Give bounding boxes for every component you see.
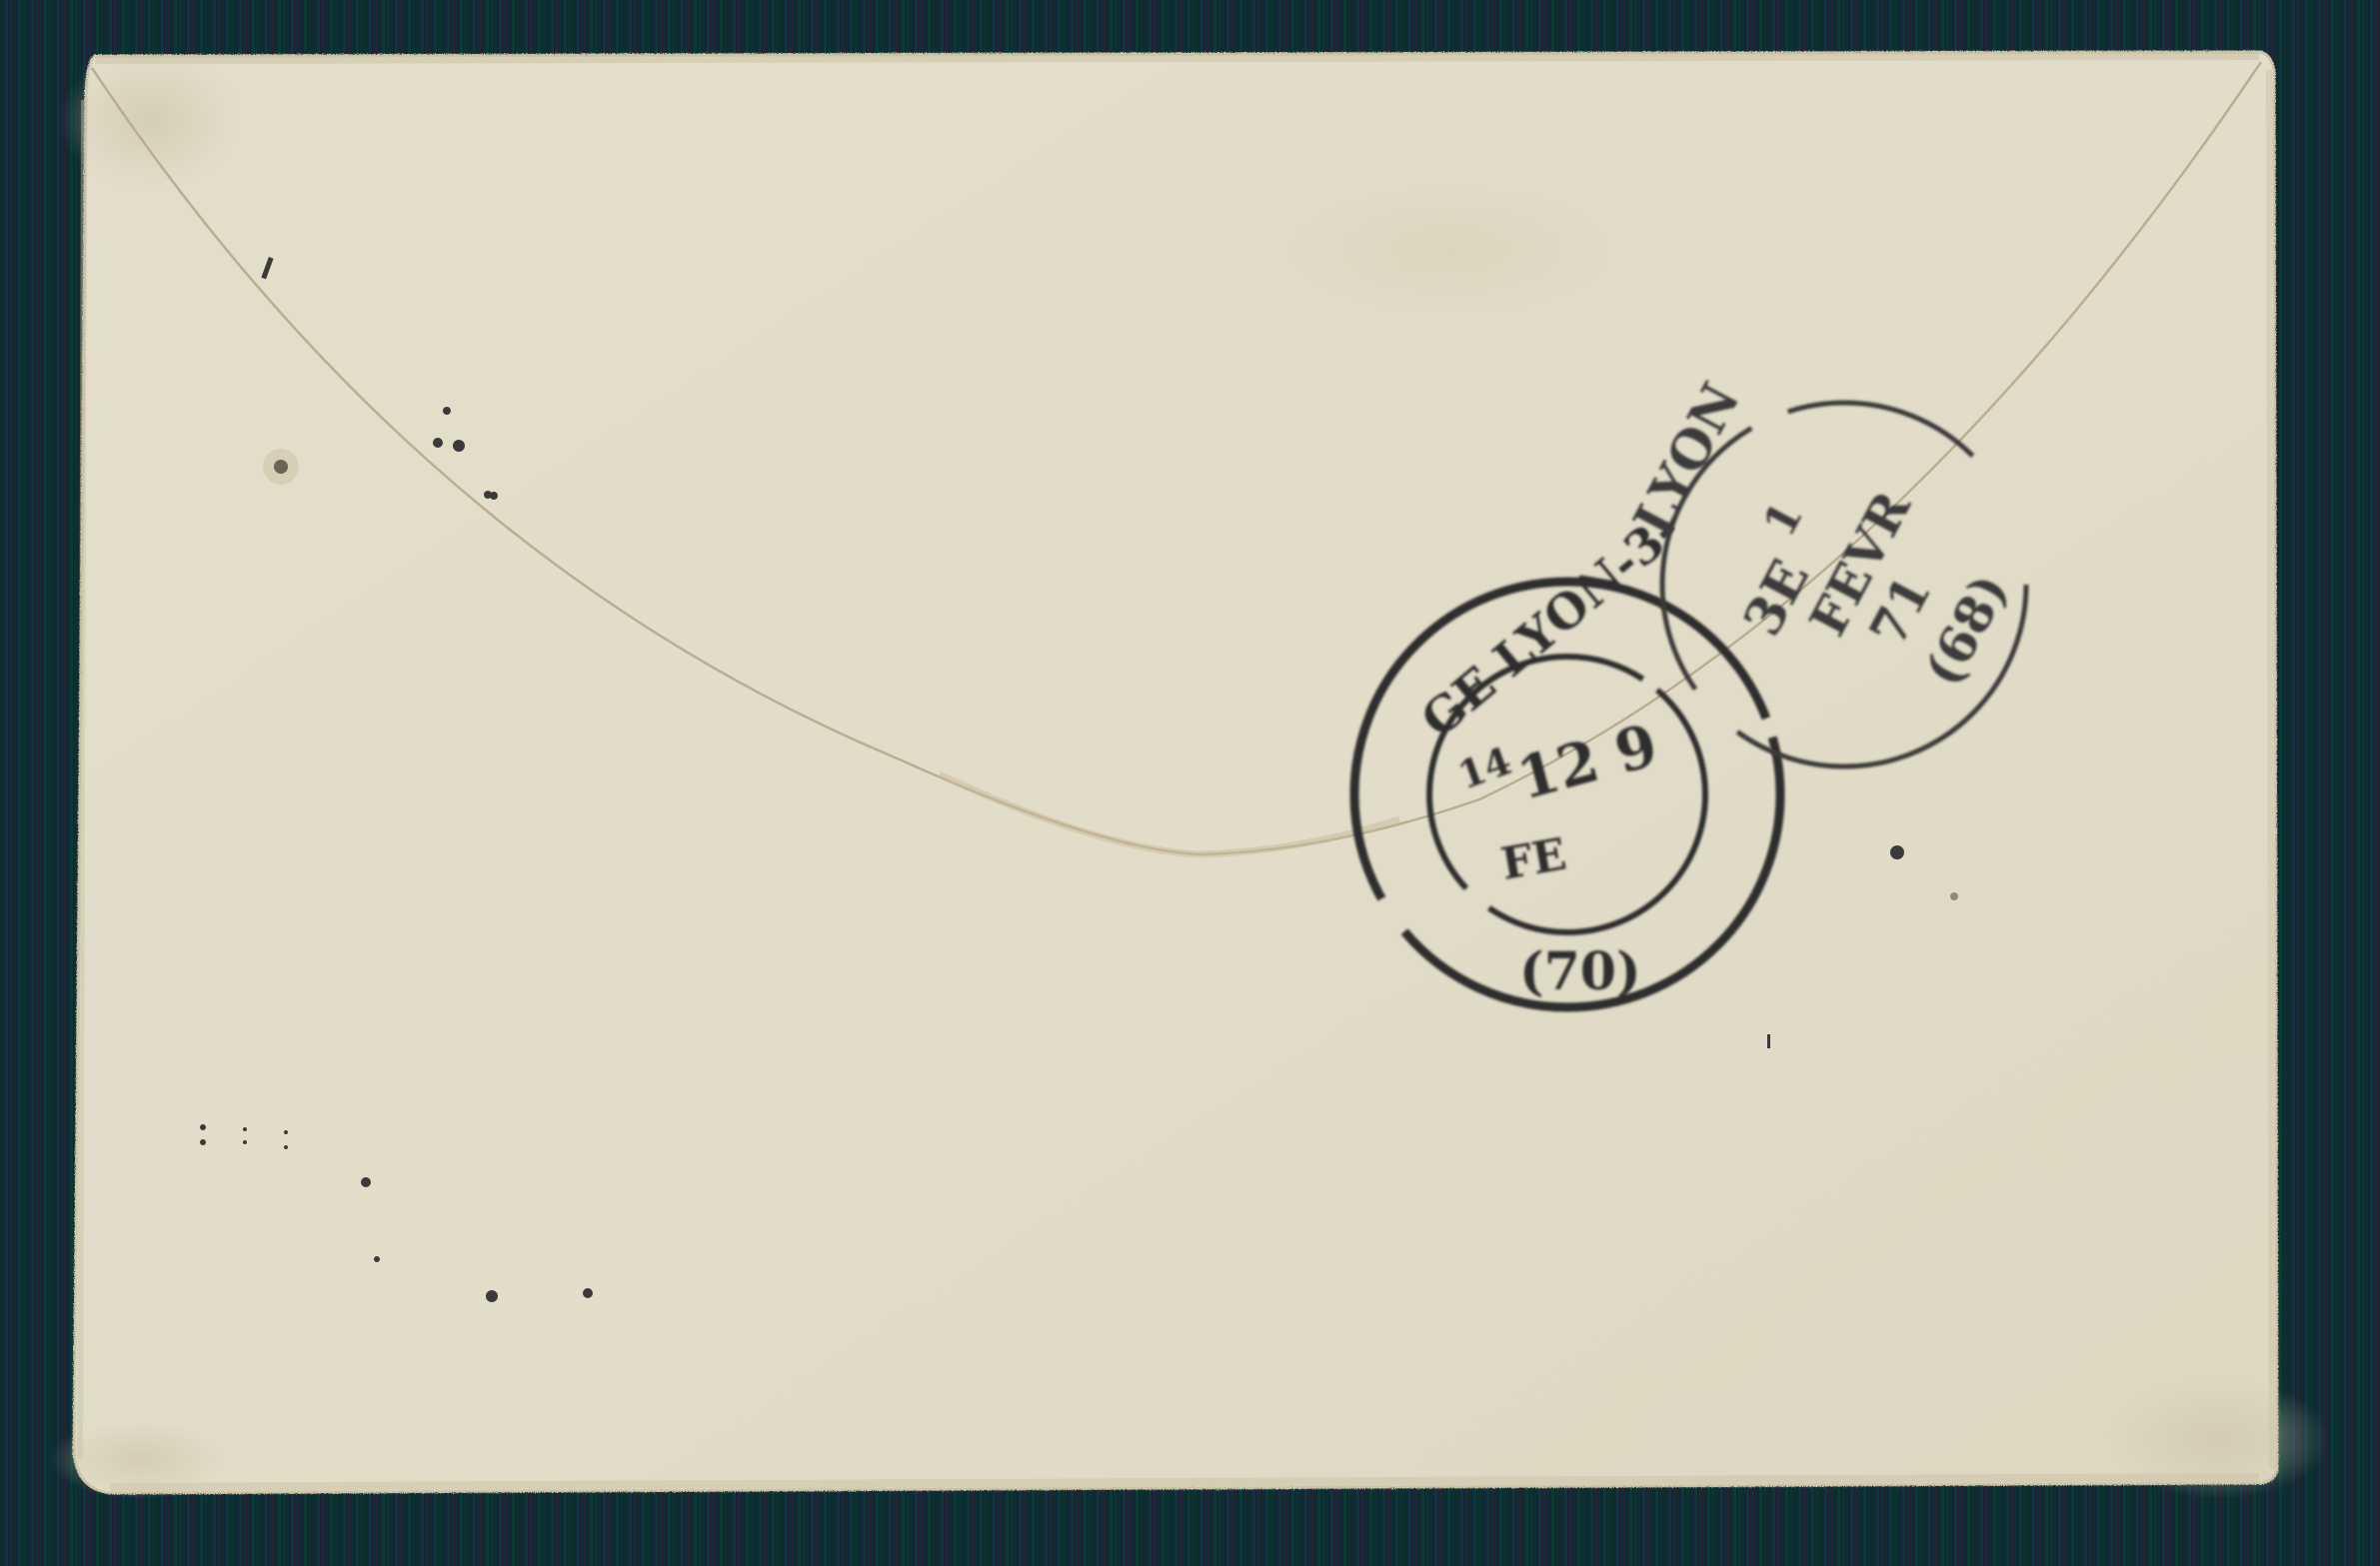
- envelope: [50, 50, 2329, 1499]
- envelope-photo: GE LYON-3- (70) 14 12 9 FE LYON 3E 1 FEV…: [0, 0, 2380, 1566]
- postmark-1-department: (70): [1519, 941, 1641, 1002]
